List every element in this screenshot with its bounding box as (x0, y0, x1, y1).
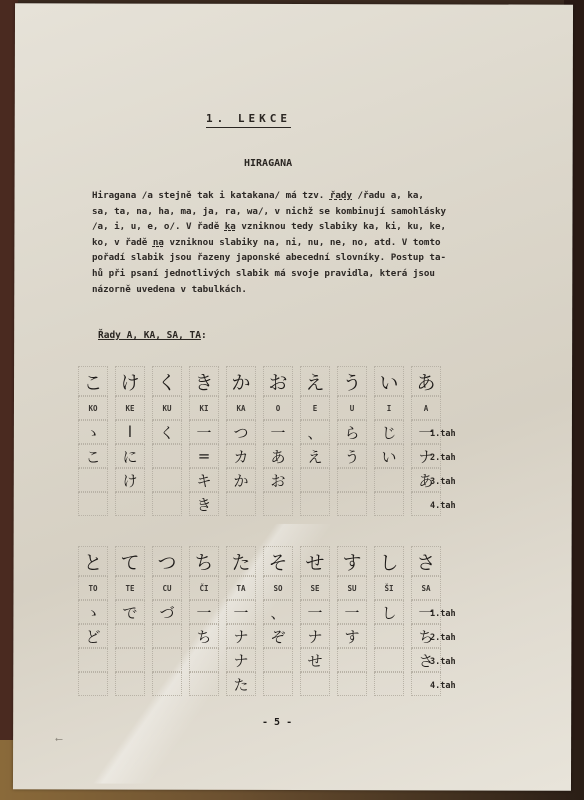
table-cell (115, 648, 145, 672)
table-cell: = (189, 444, 219, 468)
table-cell (337, 672, 367, 696)
stroke-step-4: た (233, 674, 248, 695)
romaji-label: O (276, 404, 281, 413)
table-cell (300, 468, 330, 492)
stroke-step-2: ナ (307, 626, 322, 647)
table-cell (263, 492, 293, 516)
table-cell (78, 648, 108, 672)
table-cell: KU (152, 396, 182, 420)
romaji-label: TE (125, 584, 134, 593)
table-cell: け (115, 366, 145, 396)
romaji-label: TA (236, 584, 245, 593)
stroke-step-1: で (122, 602, 137, 623)
table-cell (152, 444, 182, 468)
romaji-label: KI (199, 404, 208, 413)
lesson-title: 1. LEKCE (206, 112, 291, 128)
page-number: - 5 - (262, 717, 292, 728)
stroke-step-1: 、 (307, 422, 322, 443)
stroke-label: 4.tah (430, 501, 456, 511)
table-cell: え (300, 444, 330, 468)
stroke-step-1: 、 (270, 602, 285, 623)
table-cell: と (78, 546, 108, 576)
kana-glyph: つ (157, 548, 176, 575)
table-cell: ち (189, 624, 219, 648)
romaji-label: SA (421, 584, 430, 593)
table-cell (337, 492, 367, 516)
table-cell: け (115, 468, 145, 492)
table-cell: TE (115, 576, 145, 600)
table-cell: た (226, 672, 256, 696)
table-cell: せ (300, 648, 330, 672)
table-cell: し (374, 546, 404, 576)
romaji-label: SE (310, 584, 319, 593)
table-cell: ち (189, 546, 219, 576)
kana-glyph: た (231, 548, 250, 575)
table-cell: し (374, 600, 404, 624)
stroke-step-1: く (159, 422, 174, 443)
paragraph-text: pořadí slabik jsou řazeny japonské abece… (92, 252, 446, 263)
underlined-term: ka (225, 221, 236, 232)
stroke-label: 2.tah (430, 453, 456, 463)
table-cell: に (115, 444, 145, 468)
kana-glyph: あ (416, 368, 435, 395)
romaji-label: SU (347, 584, 356, 593)
stroke-step-2: = (198, 447, 211, 465)
table-cell: す (337, 624, 367, 648)
table-cell (152, 492, 182, 516)
kana-glyph: く (157, 368, 176, 395)
paragraph-text: ko, v řadě (92, 237, 153, 248)
table-cell: ŠI (374, 576, 404, 600)
table-cell (374, 492, 404, 516)
stroke-step-1: し (381, 602, 396, 623)
table-cell (374, 468, 404, 492)
stroke-step-3: お (270, 470, 285, 491)
kana-glyph: か (231, 368, 250, 395)
kana-glyph: け (120, 368, 139, 395)
table-cell: カ (226, 444, 256, 468)
table-cell: う (337, 444, 367, 468)
intro-paragraph: Hiragana /a stejně tak i katakana/ má tz… (92, 188, 512, 297)
table-cell: 一 (337, 600, 367, 624)
table-cell: さ (411, 546, 441, 576)
paragraph-text: vzniknou slabiky na, ni, nu, ne, no, atd… (164, 237, 441, 248)
table-cell (78, 492, 108, 516)
table-cell: え (300, 366, 330, 396)
kana-glyph: こ (83, 368, 102, 395)
stroke-step-2: に (122, 446, 137, 467)
stroke-step-1: 一 (344, 602, 359, 623)
table-cell: U (337, 396, 367, 420)
stroke-label: 3.tah (430, 477, 456, 487)
table-cell: 、 (300, 420, 330, 444)
stroke-step-3: せ (307, 650, 322, 671)
stroke-step-2: ナ (233, 626, 248, 647)
table-cell: l (115, 420, 145, 444)
stroke-step-3: け (122, 470, 137, 491)
stroke-step-1: 一 (196, 422, 211, 443)
stroke-step-2: カ (233, 446, 248, 467)
paragraph-text: názorně uvedena v tabulkách. (92, 284, 247, 295)
section-subtitle: HIRAGANA (244, 158, 292, 169)
table-cell: て (115, 546, 145, 576)
kana-glyph: え (305, 368, 324, 395)
stroke-step-1: 一 (307, 602, 322, 623)
romaji-label: I (387, 404, 392, 413)
table-cell: い (374, 366, 404, 396)
table-cell: あ (411, 366, 441, 396)
table-cell: ナ (300, 624, 330, 648)
paragraph-text: /a, i, u, e, o/. V řadě (92, 221, 225, 232)
paragraph-line: pořadí slabik jsou řazeny japonské abece… (92, 250, 512, 266)
table-cell: お (263, 468, 293, 492)
romaji-label: KU (162, 404, 171, 413)
table-cell: せ (300, 546, 330, 576)
table-cell: 一 (226, 600, 256, 624)
table-cell (337, 648, 367, 672)
table-cell: づ (152, 600, 182, 624)
table-cell (152, 672, 182, 696)
romaji-label: A (424, 404, 429, 413)
table-cell (152, 624, 182, 648)
table-cell: た (226, 546, 256, 576)
series-title: Řady A, KA, SA, TA: (98, 330, 207, 341)
stroke-step-3: キ (196, 470, 211, 491)
romaji-label: E (313, 404, 318, 413)
table-cell: こ (78, 444, 108, 468)
table-cell (189, 672, 219, 696)
table-cell (337, 468, 367, 492)
kana-glyph: て (120, 548, 139, 575)
stroke-step-2: え (307, 446, 322, 467)
stroke-label: 1.tah (430, 429, 456, 439)
table-cell: ČI (189, 576, 219, 600)
table-cell: お (263, 366, 293, 396)
kana-glyph: う (342, 368, 361, 395)
stroke-step-2: す (344, 626, 359, 647)
table-cell: く (152, 420, 182, 444)
table-cell: 一 (300, 600, 330, 624)
paragraph-text: Hiragana /a stejně tak i katakana/ má tz… (92, 190, 330, 201)
stroke-step-1: 一 (196, 602, 211, 623)
stroke-step-1: 一 (233, 602, 248, 623)
table-cell: SO (263, 576, 293, 600)
table-cell (263, 648, 293, 672)
paragraph-text: sa, ta, na, ha, ma, ja, ra, wa/, v nichž… (92, 206, 446, 217)
stroke-step-2: こ (85, 446, 100, 467)
paragraph-line: názorně uvedena v tabulkách. (92, 282, 512, 298)
table-cell: ナ (226, 648, 256, 672)
romaji-label: CU (162, 584, 171, 593)
table-cell: A (411, 396, 441, 420)
stroke-step-2: あ (270, 446, 285, 467)
table-cell: キ (189, 468, 219, 492)
table-cell: き (189, 366, 219, 396)
paragraph-line: /a, i, u, e, o/. V řadě ka vzniknou tedy… (92, 219, 512, 235)
table-cell (78, 672, 108, 696)
kana-glyph: い (379, 368, 398, 395)
paragraph-line: sa, ta, na, ha, ma, ja, ra, wa/, v nichž… (92, 204, 512, 220)
stroke-step-2: う (344, 446, 359, 467)
table-cell (300, 492, 330, 516)
romaji-label: ČI (199, 584, 208, 593)
table-cell: KO (78, 396, 108, 420)
stroke-step-2: ど (85, 626, 100, 647)
underlined-term: na (153, 237, 164, 248)
table-cell: 一 (189, 600, 219, 624)
table-cell (374, 648, 404, 672)
table-cell: じ (374, 420, 404, 444)
stroke-step-1: つ (233, 422, 248, 443)
table-cell: KA (226, 396, 256, 420)
table-cell: SE (300, 576, 330, 600)
stroke-step-1: づ (159, 602, 174, 623)
table-cell (152, 468, 182, 492)
table-cell: ナ (226, 624, 256, 648)
stroke-step-1: じ (381, 422, 396, 443)
table-cell (78, 468, 108, 492)
paragraph-text: /řadu a, ka, (352, 190, 424, 201)
table-cell: か (226, 366, 256, 396)
stroke-label: 4.tah (430, 681, 456, 691)
romaji-label: TO (88, 584, 97, 593)
stroke-step-2: ぞ (270, 626, 285, 647)
table-cell: こ (78, 366, 108, 396)
table-cell: KE (115, 396, 145, 420)
stroke-label: 2.tah (430, 633, 456, 643)
table-cell (115, 492, 145, 516)
table-cell (300, 672, 330, 696)
stroke-step-1: ゝ (85, 422, 100, 443)
table-cell: ど (78, 624, 108, 648)
table-cell: O (263, 396, 293, 420)
stroke-step-1: ら (344, 422, 359, 443)
table-cell: 一 (189, 420, 219, 444)
romaji-label: KA (236, 404, 245, 413)
kana-glyph: き (194, 368, 213, 395)
table-cell: I (374, 396, 404, 420)
table-cell: き (189, 492, 219, 516)
kana-glyph: お (268, 368, 287, 395)
table-cell: ゝ (78, 420, 108, 444)
kana-glyph: と (83, 548, 102, 575)
table-cell: ゝ (78, 600, 108, 624)
table-cell: す (337, 546, 367, 576)
table-cell: つ (226, 420, 256, 444)
romaji-label: U (350, 404, 355, 413)
kana-glyph: し (379, 548, 398, 575)
stroke-label: 3.tah (430, 657, 456, 667)
table-cell: 、 (263, 600, 293, 624)
table-cell: E (300, 396, 330, 420)
kana-glyph: す (342, 548, 361, 575)
romaji-label: ŠI (384, 584, 393, 593)
stroke-step-2: ち (196, 626, 211, 647)
romaji-label: KO (88, 404, 97, 413)
stroke-step-4: き (196, 494, 211, 515)
table-cell (374, 624, 404, 648)
kana-glyph: さ (416, 548, 435, 575)
paragraph-text: vzniknou tedy slabiky ka, ki, ku, ke, (236, 221, 446, 232)
table-cell (115, 624, 145, 648)
table-cell: 一 (263, 420, 293, 444)
paragraph-line: Hiragana /a stejně tak i katakana/ má tz… (92, 188, 512, 204)
stroke-step-1: ゝ (85, 602, 100, 623)
table-cell: TO (78, 576, 108, 600)
table-cell: で (115, 600, 145, 624)
stroke-step-1: l (128, 423, 132, 441)
romaji-label: SO (273, 584, 282, 593)
table-cell (152, 648, 182, 672)
table-cell (226, 492, 256, 516)
table-cell: KI (189, 396, 219, 420)
series-title-colon: : (201, 330, 207, 341)
table-cell: ら (337, 420, 367, 444)
pencil-arrow-mark: ⟵ (56, 734, 62, 745)
underlined-term: řady (330, 190, 352, 201)
stroke-step-3: ナ (233, 650, 248, 671)
table-cell: う (337, 366, 367, 396)
kana-glyph: ち (194, 548, 213, 575)
table-cell: TA (226, 576, 256, 600)
kana-glyph: せ (305, 548, 324, 575)
table-cell: い (374, 444, 404, 468)
table-cell: く (152, 366, 182, 396)
table-cell: ぞ (263, 624, 293, 648)
table-cell: SA (411, 576, 441, 600)
table-cell: つ (152, 546, 182, 576)
table-cell: SU (337, 576, 367, 600)
stroke-step-2: い (381, 446, 396, 467)
romaji-label: KE (125, 404, 134, 413)
paragraph-text: hů při psaní jednotlivých slabik má svoj… (92, 268, 435, 279)
table-cell: CU (152, 576, 182, 600)
table-cell (189, 648, 219, 672)
table-cell: そ (263, 546, 293, 576)
stroke-step-3: か (233, 470, 248, 491)
series-title-text: Řady A, KA, SA, TA (98, 330, 201, 341)
paragraph-line: hů při psaní jednotlivých slabik má svoj… (92, 266, 512, 282)
table-cell: あ (263, 444, 293, 468)
stroke-label: 1.tah (430, 609, 456, 619)
stroke-step-1: 一 (270, 422, 285, 443)
table-cell (263, 672, 293, 696)
paragraph-line: ko, v řadě na vzniknou slabiky na, ni, n… (92, 235, 512, 251)
table-cell (374, 672, 404, 696)
table-cell (115, 672, 145, 696)
table-cell: か (226, 468, 256, 492)
kana-glyph: そ (268, 548, 287, 575)
